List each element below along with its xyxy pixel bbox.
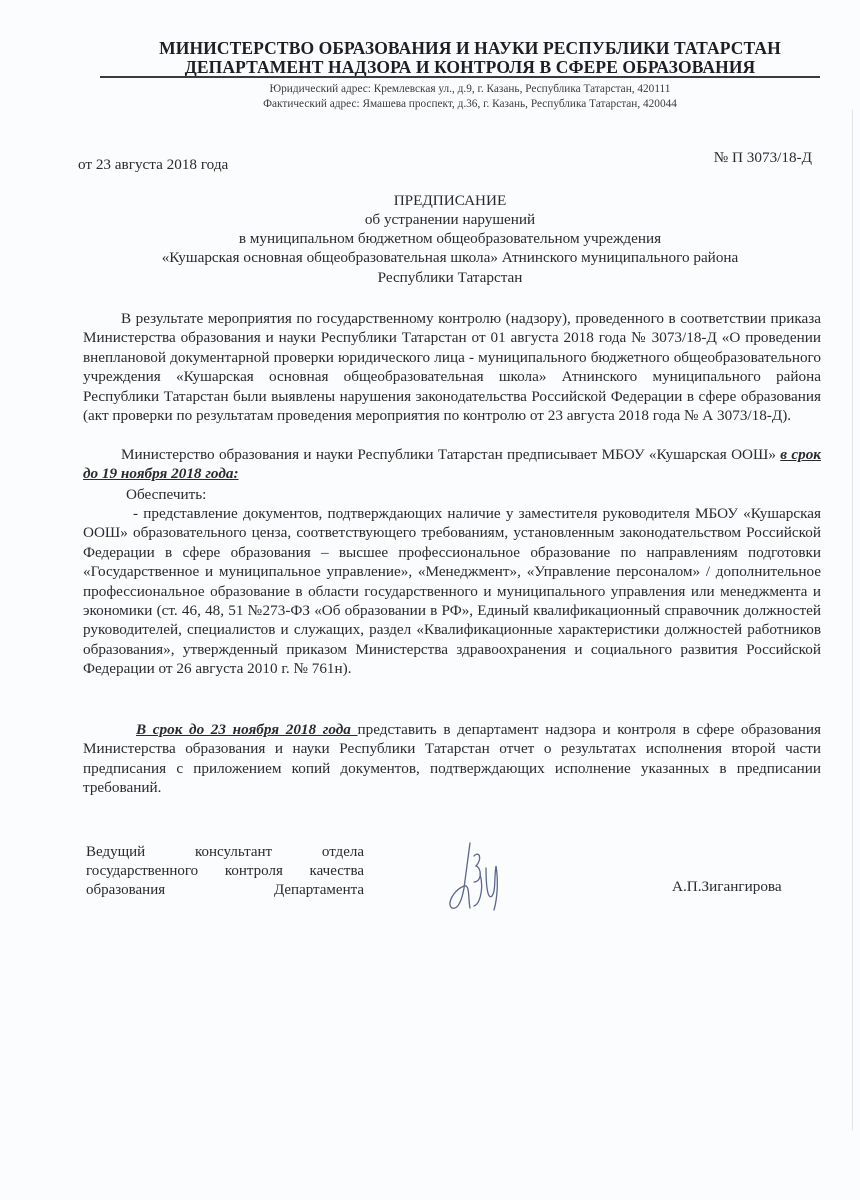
page-edge-line (852, 110, 853, 1130)
signer-position: Ведущий консультант отдела государственн… (86, 843, 364, 900)
paragraph-report: В срок до 23 ноября 2018 года представит… (83, 720, 821, 798)
signature-icon (440, 838, 520, 918)
paragraph-requirement: - представление документов, подтверждающ… (83, 504, 821, 679)
prescription-text: Министерство образования и науки Республ… (121, 446, 780, 463)
actual-address: Фактический адрес: Ямашева проспект, д.3… (100, 97, 840, 111)
deadline-2: В срок до 23 ноября 2018 года (136, 721, 358, 738)
header-ministry: МИНИСТЕРСТВО ОБРАЗОВАНИЯ И НАУКИ РЕСПУБЛ… (100, 38, 840, 58)
document-number: № П 3073/18-Д (640, 148, 812, 167)
paragraph-findings: В результате мероприятия по государствен… (83, 309, 821, 425)
title-line-1: об устранении нарушений (60, 210, 840, 229)
signer-name: А.П.Зигангирова (672, 877, 782, 896)
document-title: ПРЕДПИСАНИЕ (60, 191, 840, 210)
title-line-3: «Кушарская основная общеобразовательная … (60, 248, 840, 267)
header-department: ДЕПАРТАМЕНТ НАДЗОРА И КОНТРОЛЯ В СФЕРЕ О… (100, 57, 840, 77)
ensure-label: Обеспечить: (126, 485, 206, 504)
legal-address: Юридический адрес: Кремлевская ул., д.9,… (100, 82, 840, 96)
header-divider (100, 76, 820, 78)
document-date: от 23 августа 2018 года (78, 155, 228, 174)
paragraph-prescription: Министерство образования и науки Республ… (83, 445, 821, 484)
title-line-2: в муниципальном бюджетном общеобразовате… (60, 229, 840, 248)
title-line-4: Республики Татарстан (60, 268, 840, 287)
